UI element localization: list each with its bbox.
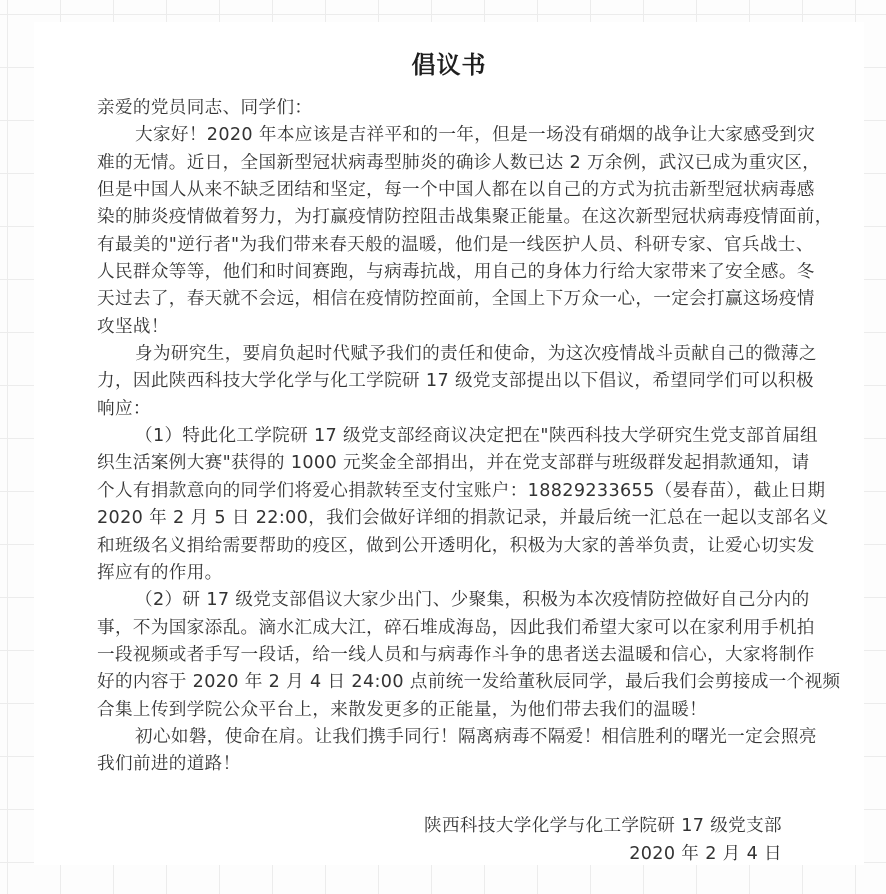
paragraph-line: 合集上传到学院公众平台上，来散发更多的正能量，为他们带去我们的温暖！ [97, 697, 857, 724]
paragraph-line: 难的无情。近日，全国新型冠状病毒型肺炎的确诊人数已达 2 万余例，武汉已成为重灾… [97, 150, 857, 177]
paragraph-line: 挥应有的作用。 [97, 560, 857, 587]
paragraph-line: 力，因此陕西科技大学化学与化工学院研 17 级党支部提出以下倡议，希望同学们可以… [97, 368, 857, 395]
paragraph-line: 大家好！2020 年本应该是吉祥平和的一年，但是一场没有硝烟的战争让大家感受到灾 [97, 122, 857, 149]
paragraph-line: （2）研 17 级党支部倡议大家少出门、少聚集，积极为本次疫情防控做好自己分内的 [97, 587, 857, 614]
paragraph-line: 2020 年 2 月 5 日 22:00，我们会做好详细的捐款记录，并最后统一汇… [97, 505, 857, 532]
paragraph-line: 事，不为国家添乱。滴水汇成大江，碎石堆成海岛，因此我们希望大家可以在家利用手机拍 [97, 615, 857, 642]
paragraph-line: 和班级名义捐给需要帮助的疫区，做到公开透明化，积极为大家的善举负责，让爱心切实发 [97, 533, 857, 560]
paragraph-line: 初心如磐，使命在肩。让我们携手同行！隔离病毒不隔爱！相信胜利的曙光一定会照亮 [97, 724, 857, 751]
paragraph-mission: 身为研究生，要肩负起时代赋予我们的责任和使命，为这次疫情战斗贡献自己的微薄之 力… [97, 341, 857, 423]
paragraph-proposal-2: （2）研 17 级党支部倡议大家少出门、少聚集，积极为本次疫情防控做好自己分内的… [97, 587, 857, 724]
greeting: 亲爱的党员同志、同学们： [97, 95, 857, 122]
paragraph-line: 好的内容于 2020 年 2 月 4 日 24:00 点前统一发给董秋辰同学，最… [97, 669, 857, 696]
document-title: 倡议书 [34, 50, 864, 80]
paragraph-line: 攻坚战！ [97, 314, 857, 341]
paragraph-line: 身为研究生，要肩负起时代赋予我们的责任和使命，为这次疫情战斗贡献自己的微薄之 [97, 341, 857, 368]
paragraph-closing: 初心如磐，使命在肩。让我们携手同行！隔离病毒不隔爱！相信胜利的曙光一定会照亮 我… [97, 724, 857, 779]
paragraph-line: 有最美的"逆行者"为我们带来春天般的温暖，他们是一线医护人员、科研专家、官兵战士… [97, 232, 857, 259]
paragraph-intro: 大家好！2020 年本应该是吉祥平和的一年，但是一场没有硝烟的战争让大家感受到灾… [97, 122, 857, 341]
paragraph-line: 但是中国人从来不缺乏团结和坚定，每一个中国人都在以自己的方式为抗击新型冠状病毒感 [97, 177, 857, 204]
paragraph-line: 染的肺炎疫情做着努力，为打赢疫情防控阻击战集聚正能量。在这次新型冠状病毒疫情面前… [97, 204, 857, 231]
paragraph-line: 个人有捐款意向的同学们将爱心捐款转至支付宝账户：18829233655（晏春苗）… [97, 478, 857, 505]
paragraph-line: （1）特此化工学院研 17 级党支部经商议决定把在"陕西科技大学研究生党支部首届… [97, 423, 857, 450]
signature-date: 2020 年 2 月 4 日 [629, 840, 782, 865]
paragraph-line: 我们前进的道路！ [97, 751, 857, 778]
paragraph-line: 一段视频或者手写一段话，给一线人员和与病毒作斗争的患者送去温暖和信心，大家将制作 [97, 642, 857, 669]
paragraph-proposal-1: （1）特此化工学院研 17 级党支部经商议决定把在"陕西科技大学研究生党支部首届… [97, 423, 857, 587]
document-body: 亲爱的党员同志、同学们： 大家好！2020 年本应该是吉祥平和的一年，但是一场没… [97, 95, 857, 779]
document-page: 倡议书 亲爱的党员同志、同学们： 大家好！2020 年本应该是吉祥平和的一年，但… [34, 22, 864, 865]
signature-organization: 陕西科技大学化学与化工学院研 17 级党支部 [424, 812, 782, 837]
paragraph-line: 织生活案例大赛"获得的 1000 元奖金全部捐出，并在党支部群与班级群发起捐款通… [97, 450, 857, 477]
paragraph-line: 天过去了，春天就不会远，相信在疫情防控面前，全国上下万众一心，一定会打赢这场疫情 [97, 286, 857, 313]
paragraph-line: 人民群众等等，他们和时间赛跑，与病毒抗战，用自己的身体力行给大家带来了安全感。冬 [97, 259, 857, 286]
paragraph-line: 响应： [97, 396, 857, 423]
